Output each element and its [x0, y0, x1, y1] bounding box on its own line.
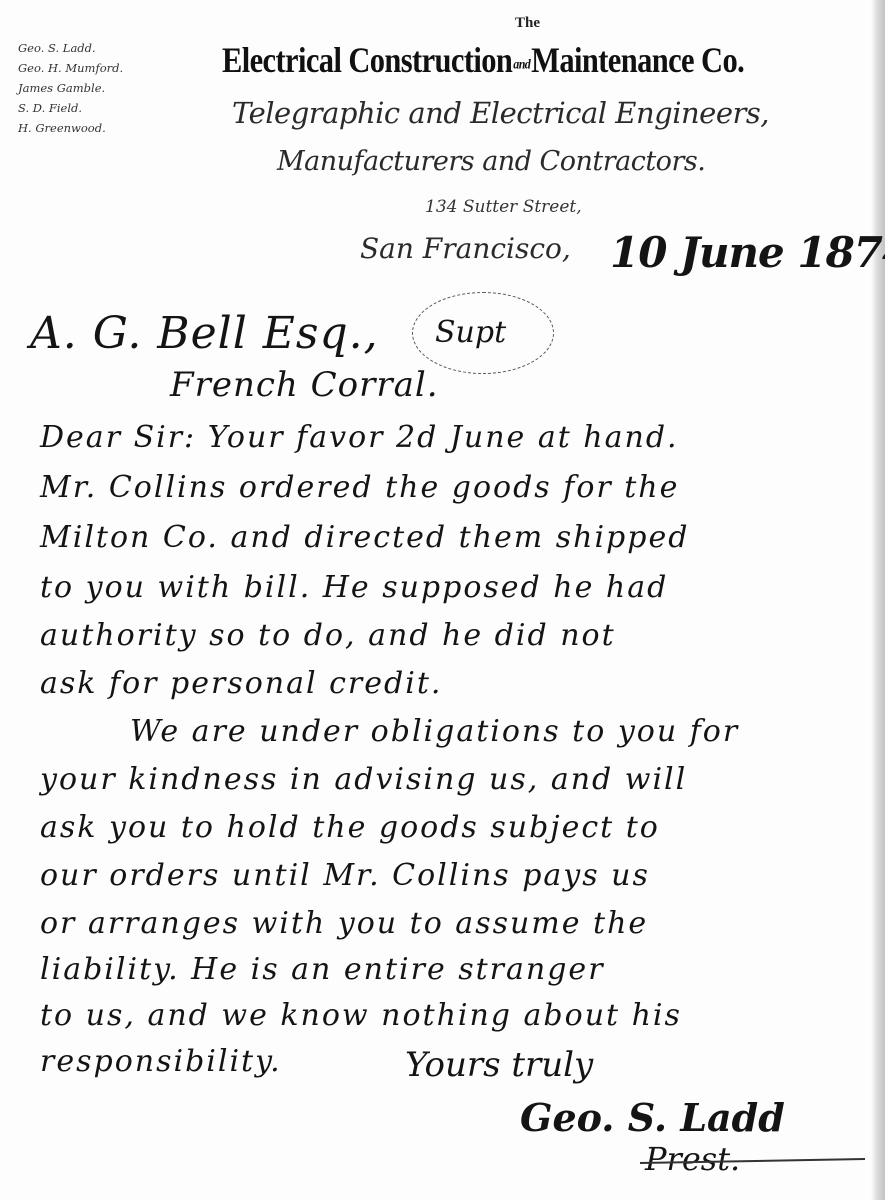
- letterhead-tagline-1: Telegraphic and Electrical Engineers,: [232, 96, 852, 130]
- letterhead-prefix: The: [515, 15, 540, 32]
- letter-page: Geo. S. Ladd. Geo. H. Mumford. James Gam…: [0, 0, 885, 1200]
- body-line: Mr. Collins ordered the goods for the: [40, 470, 679, 505]
- letterhead-city: San Francisco,: [360, 232, 571, 265]
- company-name-and: and: [513, 55, 530, 72]
- addressee-location: French Corral.: [170, 365, 439, 405]
- company-name: Electrical ConstructionandMaintenance Co…: [222, 40, 862, 81]
- page-edge-shadow: [871, 0, 885, 1200]
- body-line: ask you to hold the goods subject to: [40, 810, 660, 845]
- body-line: or arranges with you to assume the: [40, 906, 648, 941]
- partner-name: Geo. S. Ladd.: [18, 38, 218, 58]
- body-line: your kindness in advising us, and will: [40, 762, 687, 797]
- letter-date: 10 June 1874: [610, 228, 885, 277]
- partner-list: Geo. S. Ladd. Geo. H. Mumford. James Gam…: [18, 38, 218, 138]
- partner-name: H. Greenwood.: [18, 118, 218, 138]
- company-name-part1: Electrical Construction: [222, 40, 512, 80]
- body-line: to us, and we know nothing about his: [40, 998, 682, 1033]
- partner-name: S. D. Field.: [18, 98, 218, 118]
- body-line: Dear Sir: Your favor 2d June at hand.: [40, 420, 679, 455]
- body-line: liability. He is an entire stranger: [40, 952, 605, 987]
- signature: Geo. S. Ladd: [520, 1095, 785, 1140]
- partner-name: James Gamble.: [18, 78, 218, 98]
- body-line: authority so to do, and he did not: [40, 618, 616, 653]
- body-line: responsibility.: [40, 1044, 282, 1079]
- body-line: We are under obligations to you for: [130, 714, 739, 749]
- letterhead-tagline-2: Manufacturers and Contractors.: [277, 146, 705, 177]
- letterhead-street: 134 Sutter Street,: [425, 197, 582, 217]
- body-line: ask for personal credit.: [40, 666, 442, 701]
- annotation-text: Supt: [435, 315, 506, 350]
- company-name-part2: Maintenance Co.: [531, 40, 744, 80]
- partner-name: Geo. H. Mumford.: [18, 58, 218, 78]
- body-line: Milton Co. and directed them shipped: [40, 520, 689, 555]
- body-line: to you with bill. He supposed he had: [40, 570, 668, 605]
- addressee: A. G. Bell Esq.,: [30, 308, 379, 359]
- body-line: our orders until Mr. Collins pays us: [40, 858, 650, 893]
- closing: Yours truly: [405, 1045, 593, 1085]
- signature-title: Prest.: [645, 1140, 740, 1178]
